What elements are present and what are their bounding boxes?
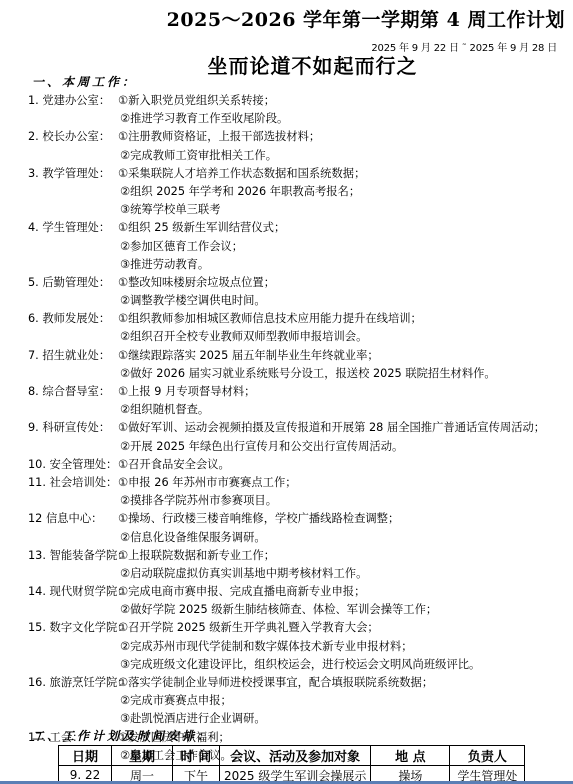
department-label: 15. 数字文化学院：	[28, 619, 129, 637]
schedule-header-row: 日期 星期 时 间 会议、活动及参加对象 地 点 负责人	[59, 746, 525, 766]
task-text: ②参加区德育工作会议；	[120, 238, 243, 256]
task-text: ①操场、行政楼三楼音响维修，学校广播线路检查调整；	[118, 510, 399, 528]
list-item: ③赴凯悦酒店进行企业调研。	[0, 710, 573, 728]
list-item: ②组织召开全校专业教师双师型教师申报培训会。	[0, 328, 573, 346]
task-text: ①组织教师参加相城区教师信息技术应用能力提升在线培训；	[118, 310, 422, 328]
task-text: ②完成市赛赛点申报；	[120, 692, 232, 710]
col-header-owner: 负责人	[450, 746, 525, 766]
list-item: 15. 数字文化学院：①召开学院 2025 级新生开学典礼暨入学教育大会；	[0, 619, 573, 637]
department-label: 5. 后勤管理处：	[28, 274, 110, 292]
task-text: ②信息化设备维保服务调研。	[120, 529, 266, 547]
department-label: 4. 学生管理处：	[28, 219, 110, 237]
department-label: 1. 党建办公室：	[28, 92, 110, 110]
task-text: ①采集联院人才培养工作状态数据和国系统数据；	[118, 165, 365, 183]
department-label: 9. 科研宣传处：	[28, 419, 110, 437]
list-item: 13. 智能装备学院：①上报联院数据和新专业工作；	[0, 547, 573, 565]
list-item: 8. 综合督导室：①上报 9 月专项督导材料；	[0, 383, 573, 401]
task-text: ①注册教师资格证，上报干部选拔材料；	[118, 128, 320, 146]
document-title: 2025～2026 学年第一学期第 4 周工作计划	[0, 5, 565, 32]
col-header-activity: 会议、活动及参加对象	[220, 746, 371, 766]
list-item: ②做好学院 2025 级新生肺结核筛查、体检、军训会操等工作；	[0, 601, 573, 619]
list-item: 7. 招生就业处：①继续跟踪落实 2025 届五年制毕业生年终就业率；	[0, 347, 573, 365]
task-text: ①新入职党员党组织关系转接；	[118, 92, 275, 110]
task-text: ②组织 2025 年学考和 2026 年职教高考报名；	[120, 183, 360, 201]
task-text: ②组织随机督查。	[120, 401, 209, 419]
list-item: ②参加区德育工作会议；	[0, 238, 573, 256]
department-label: 12 信息中心：	[28, 510, 102, 528]
task-text: ②启动联院虚拟仿真实训基地中期考核材料工作。	[120, 565, 367, 583]
task-text: ③推进劳动教育。	[120, 256, 209, 274]
department-label: 2. 校长办公室：	[28, 128, 110, 146]
department-label: 3. 教学管理处：	[28, 165, 110, 183]
department-label: 11. 社会培训处：	[28, 474, 117, 492]
task-text: ②开展 2025 年绿色出行宣传月和公交出行宣传周活动。	[120, 438, 403, 456]
list-item: 5. 后勤管理处：①整改知味楼厨余垃圾点位置；	[0, 274, 573, 292]
list-item: ②完成市赛赛点申报；	[0, 692, 573, 710]
col-header-time: 时 间	[173, 746, 220, 766]
department-label: 16. 旅游烹饪学院：	[28, 674, 129, 692]
schedule-table: 日期 星期 时 间 会议、活动及参加对象 地 点 负责人 9. 22 周一 下午…	[58, 745, 525, 784]
task-text: ②完成苏州市现代学徒制和数字媒体技术新专业申报材料；	[120, 638, 413, 656]
col-header-weekday: 星期	[112, 746, 173, 766]
task-text: ①完成电商市赛申报、完成直播电商新专业申报；	[118, 583, 365, 601]
task-text: ①上报联院数据和新专业工作；	[118, 547, 275, 565]
list-item: 3. 教学管理处：①采集联院人才培养工作状态数据和国系统数据；	[0, 165, 573, 183]
list-item: 12 信息中心：①操场、行政楼三楼音响维修，学校广播线路检查调整；	[0, 510, 573, 528]
task-text: ②调整教学楼空调供电时间。	[120, 292, 266, 310]
col-header-date: 日期	[59, 746, 112, 766]
task-text: ③完成班级文化建设评比，组织校运会，进行校运会文明风尚班级评比。	[120, 656, 480, 674]
task-text: ①组织 25 级新生军训结营仪式；	[118, 219, 285, 237]
list-item: 1. 党建办公室：①新入职党员党组织关系转接；	[0, 92, 573, 110]
list-item: ②组织随机督查。	[0, 401, 573, 419]
list-item: ②开展 2025 年绿色出行宣传月和公交出行宣传周活动。	[0, 438, 573, 456]
list-item: 4. 学生管理处：①组织 25 级新生军训结营仪式；	[0, 219, 573, 237]
task-text: ①继续跟踪落实 2025 届五年制毕业生年终就业率；	[118, 347, 379, 365]
list-item: ②推进学习教育工作至收尾阶段。	[0, 110, 573, 128]
department-label: 6. 教师发展处：	[28, 310, 110, 328]
list-item: ②信息化设备维保服务调研。	[0, 529, 573, 547]
task-text: ②推进学习教育工作至收尾阶段。	[120, 110, 288, 128]
section-heading-schedule: 二、工作计划及时间安排：	[32, 727, 212, 744]
list-item: ②完成苏州市现代学徒制和数字媒体技术新专业申报材料；	[0, 638, 573, 656]
list-item: 6. 教师发展处：①组织教师参加相城区教师信息技术应用能力提升在线培训；	[0, 310, 573, 328]
list-item: 2. 校长办公室：①注册教师资格证，上报干部选拔材料；	[0, 128, 573, 146]
task-text: ①上报 9 月专项督导材料；	[118, 383, 255, 401]
col-header-location: 地 点	[371, 746, 450, 766]
department-label: 13. 智能装备学院：	[28, 547, 129, 565]
list-item: 10. 安全管理处：①召开食品安全会议。	[0, 456, 573, 474]
task-text: ①召开食品安全会议。	[118, 456, 230, 474]
list-item: 14. 现代财贸学院：①完成电商市赛申报、完成直播电商新专业申报；	[0, 583, 573, 601]
task-text: ①整改知味楼厨余垃圾点位置；	[118, 274, 275, 292]
list-item: ③统筹学校单三联考	[0, 201, 573, 219]
department-task-list: 1. 党建办公室：①新入职党员党组织关系转接；②推进学习教育工作至收尾阶段。2.…	[0, 92, 573, 765]
list-item: ②调整教学楼空调供电时间。	[0, 292, 573, 310]
task-text: ③赴凯悦酒店进行企业调研。	[120, 710, 266, 728]
list-item: ②做好 2026 届实习就业系统账号分设工，报送校 2025 联院招生材料作。	[0, 365, 573, 383]
task-text: ③统筹学校单三联考	[120, 201, 221, 219]
task-text: ①召开学院 2025 级新生开学典礼暨入学教育大会；	[118, 619, 379, 637]
list-item: ③完成班级文化建设评比，组织校运会，进行校运会文明风尚班级评比。	[0, 656, 573, 674]
task-text: ①落实学徒制企业导师进校授课事宜，配合填报联院系统数据；	[118, 674, 433, 692]
list-item: ③推进劳动教育。	[0, 256, 573, 274]
task-text: ②组织召开全校专业教师双师型教师申报培训会。	[120, 328, 367, 346]
department-label: 8. 综合督导室：	[28, 383, 110, 401]
task-text: ②完成教师工资审批相关工作。	[120, 147, 277, 165]
task-text: ②摸排各学院苏州市参赛项目。	[120, 492, 277, 510]
list-item: 11. 社会培训处：①申报 26 年苏州市市赛赛点工作；	[0, 474, 573, 492]
task-text: ①做好军训、运动会视频拍摄及宣传报道和开展第 28 届全国推广普通话宣传周活动；	[118, 419, 545, 437]
section-heading-this-week: 一、本周工作：	[32, 73, 137, 90]
list-item: 9. 科研宣传处：①做好军训、运动会视频拍摄及宣传报道和开展第 28 届全国推广…	[0, 419, 573, 437]
department-label: 10. 安全管理处：	[28, 456, 117, 474]
list-item: 16. 旅游烹饪学院：①落实学徒制企业导师进校授课事宜，配合填报联院系统数据；	[0, 674, 573, 692]
department-label: 7. 招生就业处：	[28, 347, 110, 365]
list-item: ②启动联院虚拟仿真实训基地中期考核材料工作。	[0, 565, 573, 583]
task-text: ②做好 2026 届实习就业系统账号分设工，报送校 2025 联院招生材料作。	[120, 365, 496, 383]
list-item: ②完成教师工资审批相关工作。	[0, 147, 573, 165]
list-item: ②组织 2025 年学考和 2026 年职教高考报名；	[0, 183, 573, 201]
task-text: ①申报 26 年苏州市市赛赛点工作；	[118, 474, 297, 492]
list-item: ②摸排各学院苏州市参赛项目。	[0, 492, 573, 510]
task-text: ②做好学院 2025 级新生肺结核筛查、体检、军训会操等工作；	[120, 601, 437, 619]
department-label: 14. 现代财贸学院：	[28, 583, 129, 601]
